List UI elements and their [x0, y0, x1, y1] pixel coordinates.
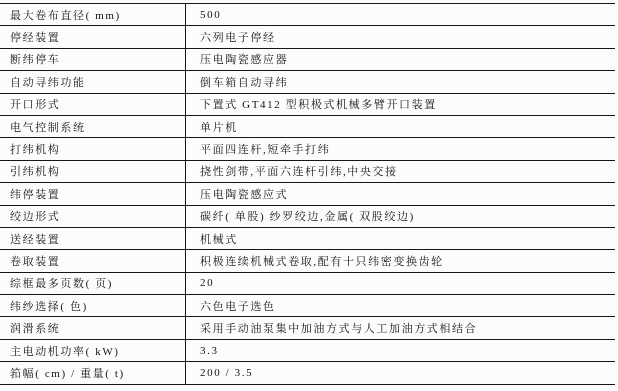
spec-parameter-cell: 润滑系统 — [0, 317, 186, 338]
spec-table: 最大卷布直径( mm) 500 停经装置 六列电子停经 断纬停车 压电陶瓷感应器… — [0, 3, 615, 385]
spec-value-cell: 压电陶瓷感应器 — [186, 49, 615, 70]
spec-value-cell: 六列电子停经 — [186, 26, 615, 47]
spec-parameter-cell: 综框最多页数( 页) — [0, 273, 186, 294]
spec-parameter-cell: 筘幅( cm) / 重量( t) — [0, 362, 186, 383]
spec-row: 打纬机构 平面四连杆,短牵手打纬 — [0, 138, 615, 160]
spec-value-cell: 20 — [186, 273, 615, 294]
spec-parameter-cell: 送经装置 — [0, 228, 186, 249]
spec-parameter-cell: 电气控制系统 — [0, 116, 186, 137]
spec-row: 断纬停车 压电陶瓷感应器 — [0, 49, 615, 71]
spec-row: 最大卷布直径( mm) 500 — [0, 4, 615, 26]
spec-row: 纬纱选择( 色) 六色电子选色 — [0, 295, 615, 317]
spec-value-cell: 采用手动油泵集中加油方式与人工加油方式相结合 — [186, 317, 615, 338]
spec-value-cell: 碳纤( 单股) 纱罗绞边,金属( 双股绞边) — [186, 206, 615, 227]
spec-value-cell: 3.3 — [186, 340, 615, 361]
spec-value-cell: 500 — [186, 4, 615, 25]
spec-value-cell: 六色电子选色 — [186, 295, 615, 316]
spec-value-cell: 200 / 3.5 — [186, 362, 615, 383]
spec-parameter-cell: 绞边形式 — [0, 206, 186, 227]
spec-value-cell: 倒车箱自动寻纬 — [186, 71, 615, 92]
spec-value-cell: 单片机 — [186, 116, 615, 137]
spec-parameter-cell: 自动寻纬功能 — [0, 71, 186, 92]
spec-value-cell: 压电陶瓷感应式 — [186, 183, 615, 204]
spec-row: 停经装置 六列电子停经 — [0, 26, 615, 48]
spec-row: 润滑系统 采用手动油泵集中加油方式与人工加油方式相结合 — [0, 317, 615, 339]
spec-row: 送经装置 机械式 — [0, 228, 615, 250]
spec-row: 主电动机功率( kW) 3.3 — [0, 340, 615, 362]
spec-parameter-cell: 开口形式 — [0, 94, 186, 115]
spec-value-cell: 机械式 — [186, 228, 615, 249]
spec-row: 自动寻纬功能 倒车箱自动寻纬 — [0, 71, 615, 93]
spec-row: 电气控制系统 单片机 — [0, 116, 615, 138]
spec-row: 综框最多页数( 页) 20 — [0, 273, 615, 295]
spec-parameter-cell: 断纬停车 — [0, 49, 186, 70]
spec-parameter-cell: 卷取装置 — [0, 250, 186, 271]
spec-value-cell: 平面四连杆,短牵手打纬 — [186, 138, 615, 159]
spec-row: 筘幅( cm) / 重量( t) 200 / 3.5 — [0, 362, 615, 384]
spec-parameter-cell: 引纬机构 — [0, 161, 186, 182]
spec-row: 绞边形式 碳纤( 单股) 纱罗绞边,金属( 双股绞边) — [0, 206, 615, 228]
spec-value-cell: 挠性剑带,平面六连杆引纬,中央交接 — [186, 161, 615, 182]
spec-value-cell: 积极连续机械式卷取,配有十只纬密变换齿轮 — [186, 250, 615, 271]
spec-row: 引纬机构 挠性剑带,平面六连杆引纬,中央交接 — [0, 161, 615, 183]
spec-parameter-cell: 最大卷布直径( mm) — [0, 4, 186, 25]
spec-row: 开口形式 下置式 GT412 型积极式机械多臂开口装置 — [0, 94, 615, 116]
spec-value-cell: 下置式 GT412 型积极式机械多臂开口装置 — [186, 94, 615, 115]
spec-row: 纬停装置 压电陶瓷感应式 — [0, 183, 615, 205]
spec-parameter-cell: 停经装置 — [0, 26, 186, 47]
spec-parameter-cell: 主电动机功率( kW) — [0, 340, 186, 361]
spec-row: 卷取装置 积极连续机械式卷取,配有十只纬密变换齿轮 — [0, 250, 615, 272]
spec-parameter-cell: 纬纱选择( 色) — [0, 295, 186, 316]
spec-parameter-cell: 打纬机构 — [0, 138, 186, 159]
spec-parameter-cell: 纬停装置 — [0, 183, 186, 204]
